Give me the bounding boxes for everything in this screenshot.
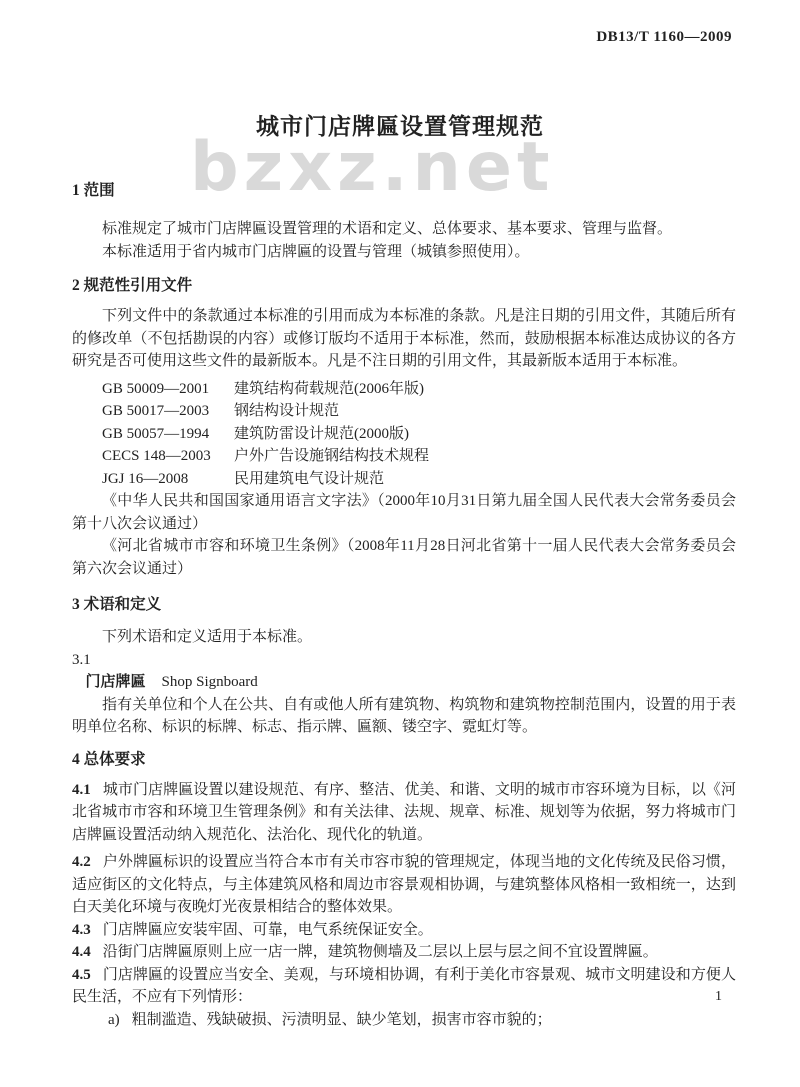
clause-text: 城市门店牌匾设置以建设规范、有序、整洁、优美、和谐、文明的城市市容环境为目标，以… (72, 782, 736, 843)
document-layer: DB13/T 1160—2009 城市门店牌匾设置管理规范 1 范围 标准规定了… (0, 0, 800, 1031)
clause-4-5: 4.5门店牌匾的设置应当安全、美观，与环境相协调，有利于美化市容景观、城市文明建… (72, 964, 736, 1009)
reference-code: JGJ 16—2008 (102, 468, 220, 491)
document-body: 1 范围 标准规定了城市门店牌匾设置管理的术语和定义、总体要求、基本要求、管理与… (72, 180, 736, 1031)
reference-code: GB 50009—2001 (102, 378, 220, 401)
term-number: 3.1 (72, 649, 736, 672)
reference-name: 建筑防雷设计规范(2000版) (234, 426, 409, 442)
term-name-english: Shop Signboard (162, 674, 258, 690)
scope-paragraph: 本标准适用于省内城市门店牌匾的设置与管理（城镇参照使用）。 (72, 241, 736, 264)
list-item-label: a) (108, 1012, 120, 1028)
standard-number: DB13/T 1160—2009 (0, 0, 800, 46)
reference-name: 建筑结构荷载规范(2006年版) (234, 381, 424, 397)
reference-code: GB 50057—1994 (102, 423, 220, 446)
citation-paragraph: 《河北省城市市容和环境卫生条例》（2008年11月28日河北省第十一届人民代表大… (72, 535, 736, 580)
reference-code: CECS 148—2003 (102, 445, 220, 468)
clause-text: 户外牌匾标识的设置应当符合本市有关市容市貌的管理规定，体现当地的文化传统及民俗习… (72, 854, 736, 915)
clause-4-5-item-a: a)粗制滥造、残缺破损、污渍明显、缺少笔划，损害市容市貌的； (108, 1009, 736, 1032)
citation-paragraph: 《中华人民共和国国家通用语言文字法》（2000年10月31日第九届全国人民代表大… (72, 490, 736, 535)
section-heading-scope: 1 范围 (72, 180, 736, 202)
page-number: 1 (715, 989, 722, 1005)
clause-number: 4.1 (72, 782, 91, 798)
reference-item: GB 50057—1994建筑防雷设计规范(2000版) (102, 423, 736, 446)
section-heading-terms: 3 术语和定义 (72, 594, 736, 616)
clause-4-2: 4.2户外牌匾标识的设置应当符合本市有关市容市貌的管理规定，体现当地的文化传统及… (72, 851, 736, 919)
terms-intro: 下列术语和定义适用于本标准。 (72, 626, 736, 649)
reference-code: GB 50017—2003 (102, 400, 220, 423)
clause-number: 4.3 (72, 922, 91, 938)
term-title: 门店牌匾Shop Signboard (86, 671, 737, 694)
clause-number: 4.4 (72, 944, 91, 960)
clause-4-1: 4.1城市门店牌匾设置以建设规范、有序、整洁、优美、和谐、文明的城市市容环境为目… (72, 779, 736, 847)
term-name-chinese: 门店牌匾 (86, 674, 146, 690)
clause-text: 门店牌匾的设置应当安全、美观，与环境相协调，有利于美化市容景观、城市文明建设和方… (72, 967, 736, 1006)
clause-4-4: 4.4沿街门店牌匾原则上应一店一牌，建筑物侧墙及二层以上层与层之间不宜设置牌匾。 (72, 941, 736, 964)
section-heading-general-requirements: 4 总体要求 (72, 749, 736, 771)
term-definition: 指有关单位和个人在公共、自有或他人所有建筑物、构筑物和建筑物控制范围内，设置的用… (72, 694, 736, 739)
section-heading-normative-references: 2 规范性引用文件 (72, 275, 736, 297)
reference-list: GB 50009—2001建筑结构荷载规范(2006年版) GB 50017—2… (102, 378, 736, 491)
clause-number: 4.2 (72, 854, 91, 870)
reference-name: 户外广告设施钢结构技术规程 (234, 448, 429, 464)
scope-paragraph: 标准规定了城市门店牌匾设置管理的术语和定义、总体要求、基本要求、管理与监督。 (72, 218, 736, 241)
reference-name: 民用建筑电气设计规范 (234, 471, 384, 487)
reference-item: JGJ 16—2008民用建筑电气设计规范 (102, 468, 736, 491)
document-page: bzxz.net DB13/T 1160—2009 城市门店牌匾设置管理规范 1… (0, 0, 800, 1087)
reference-name: 钢结构设计规范 (234, 403, 339, 419)
reference-item: CECS 148—2003户外广告设施钢结构技术规程 (102, 445, 736, 468)
clause-text: 门店牌匾应安装牢固、可靠，电气系统保证安全。 (103, 922, 433, 938)
list-item-text: 粗制滥造、残缺破损、污渍明显、缺少笔划，损害市容市貌的； (132, 1012, 552, 1028)
normative-references-paragraph: 下列文件中的条款通过本标准的引用而成为本标准的条款。凡是注日期的引用文件，其随后… (72, 305, 736, 373)
clause-number: 4.5 (72, 967, 91, 983)
clause-4-3: 4.3门店牌匾应安装牢固、可靠，电气系统保证安全。 (72, 919, 736, 942)
reference-item: GB 50017—2003钢结构设计规范 (102, 400, 736, 423)
clause-text: 沿街门店牌匾原则上应一店一牌，建筑物侧墙及二层以上层与层之间不宜设置牌匾。 (103, 944, 658, 960)
document-title: 城市门店牌匾设置管理规范 (0, 112, 800, 142)
reference-item: GB 50009—2001建筑结构荷载规范(2006年版) (102, 378, 736, 401)
